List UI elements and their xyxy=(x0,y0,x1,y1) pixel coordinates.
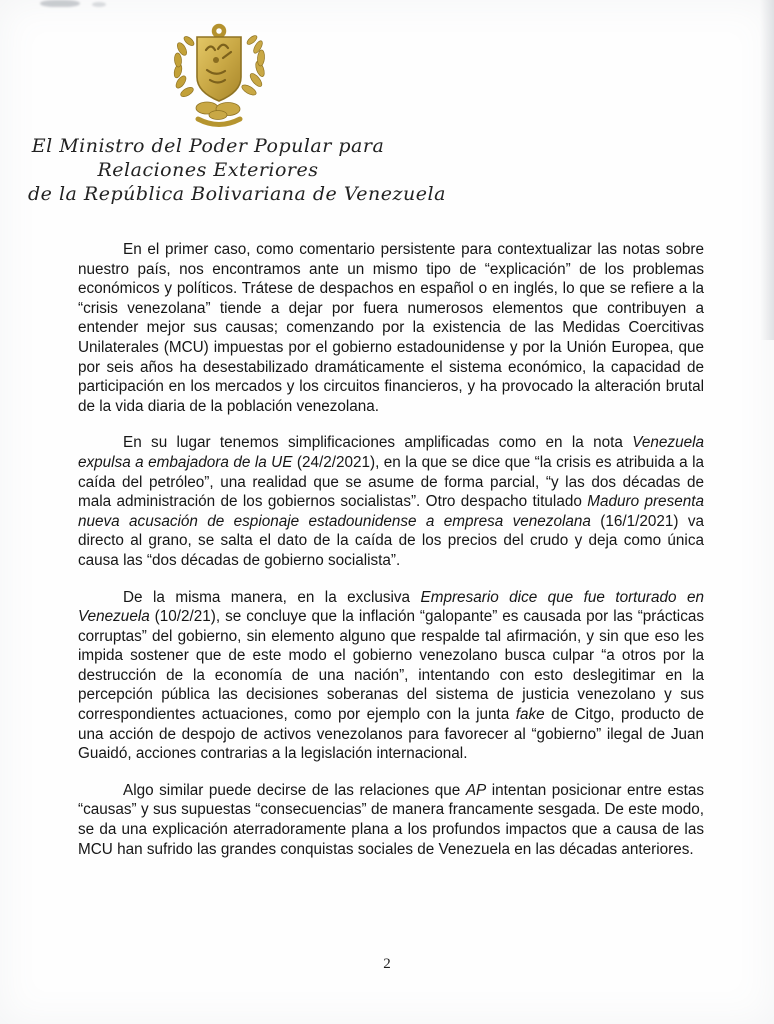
scan-artifact-smudge xyxy=(92,2,106,7)
paragraph: De la misma manera, en la exclusiva Empr… xyxy=(78,588,704,764)
paragraph: En el primer caso, como comentario persi… xyxy=(78,240,704,416)
text-segment: De la misma manera, en la exclusiva xyxy=(123,589,421,606)
text-segment: En su lugar tenemos simplificaciones amp… xyxy=(123,434,632,451)
paragraph: Algo similar puede decirse de las relaci… xyxy=(78,781,704,859)
letterhead-line-1: El Ministro del Poder Popular para xyxy=(28,134,388,158)
text-segment: Algo similar puede decirse de las relaci… xyxy=(123,782,466,799)
coat-of-arms-graphic xyxy=(160,20,276,132)
scan-artifact-smudge xyxy=(40,0,80,7)
letterhead: El Ministro del Poder Popular para Relac… xyxy=(28,134,388,206)
page-number: 2 xyxy=(0,956,774,973)
letterhead-line-3: de la República Bolivariana de Venezuela xyxy=(28,182,388,206)
paragraph: En su lugar tenemos simplificaciones amp… xyxy=(78,433,704,570)
venezuela-coat-of-arms-icon xyxy=(160,20,276,132)
italic-text-segment: AP xyxy=(466,782,486,799)
text-segment: En el primer caso, como comentario persi… xyxy=(78,241,704,415)
letterhead-line-2: Relaciones Exteriores xyxy=(28,158,388,182)
scan-edge-shadow xyxy=(760,0,774,340)
scanned-letter-page: El Ministro del Poder Popular para Relac… xyxy=(0,0,774,1024)
italic-text-segment: fake xyxy=(516,706,545,723)
document-body: En el primer caso, como comentario persi… xyxy=(78,240,704,859)
